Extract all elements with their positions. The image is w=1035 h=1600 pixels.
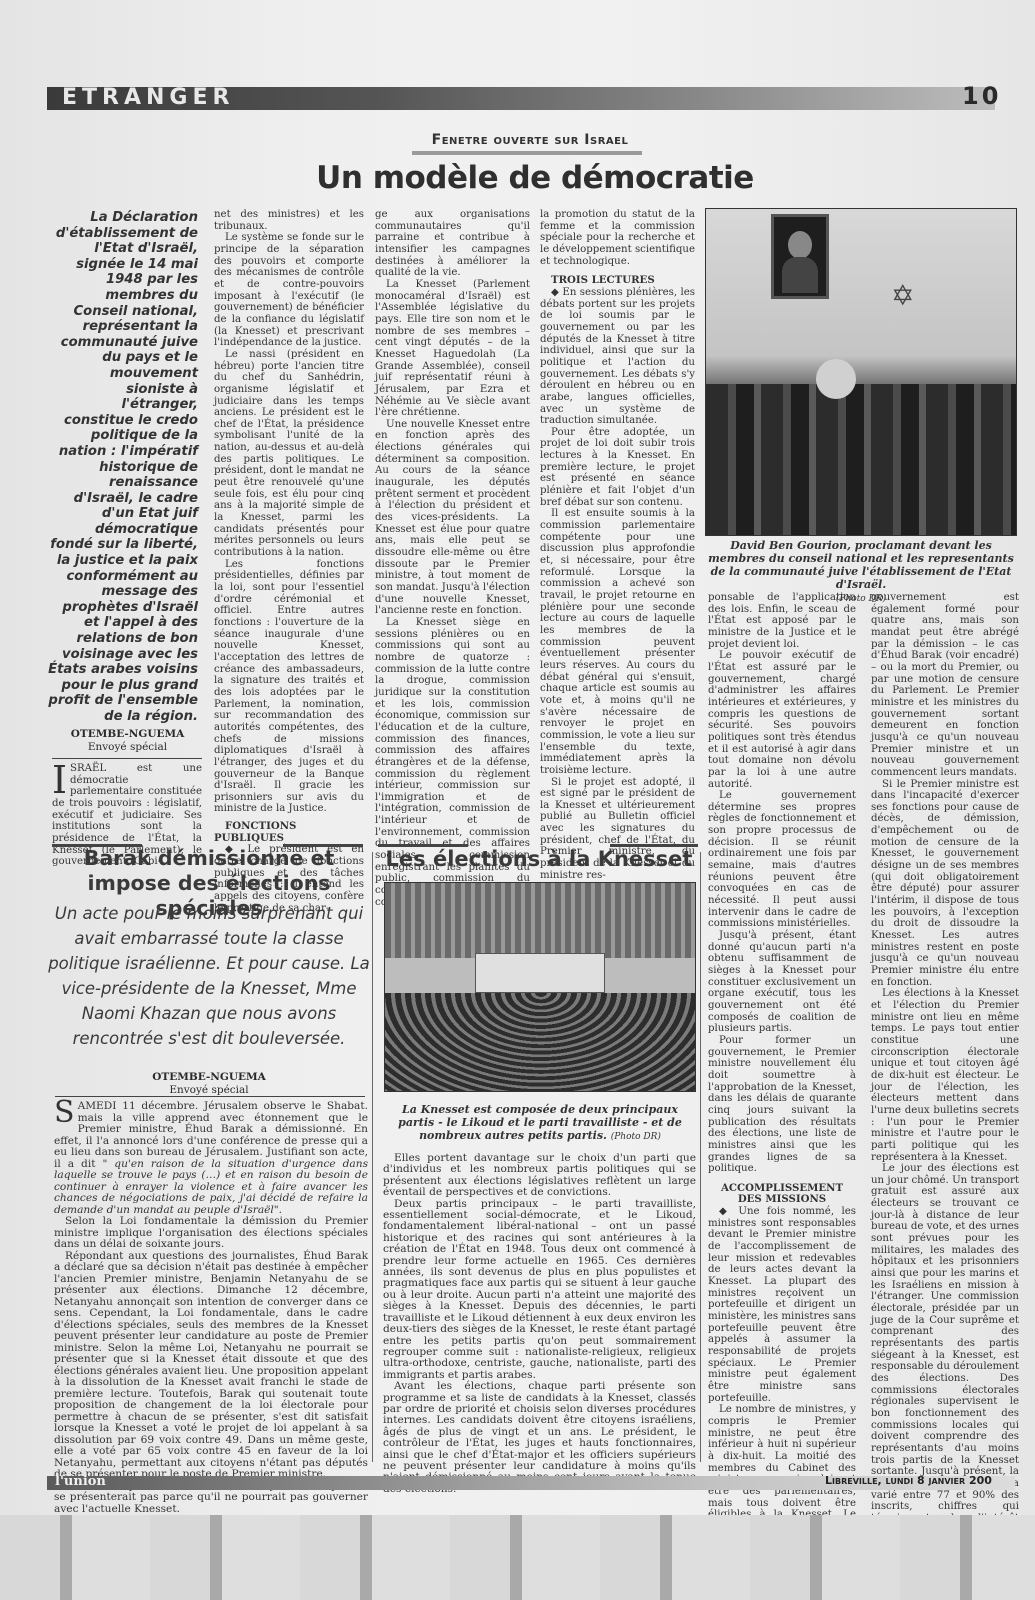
- paragraph: la promotion du statut de la femme et la…: [540, 209, 695, 267]
- paragraph: Le système se fonde sur le principe de l…: [214, 232, 364, 349]
- paragraph: Jusqu'à présent, étant donné qu'aucun pa…: [708, 930, 856, 1035]
- article-kicker: Fenetre ouverte sur Israel: [380, 132, 680, 148]
- drop-cap: I: [52, 763, 67, 797]
- newspaper-page: ETRANGER 10 Fenetre ouverte sur Israel U…: [0, 0, 1035, 1600]
- article-lead: La Déclaration d'établissement de l'Etat…: [48, 210, 198, 725]
- page-number: 10: [962, 82, 1001, 110]
- portrait-frame: [771, 214, 829, 299]
- paragraph: gouvernement est également formé pour qu…: [871, 592, 1019, 779]
- photo-knesset-chamber: [384, 882, 696, 1092]
- drop-cap: S: [54, 1101, 75, 1125]
- column-3: ge aux organisations communautaires qu'i…: [375, 209, 530, 908]
- barak-deck: Un acte pour le moins surprenant qui ava…: [48, 901, 370, 1051]
- kicker-underline: [412, 151, 642, 155]
- paragraph: Deux partis principaux – le parti travai…: [383, 1199, 696, 1382]
- paragraph: Pour être adoptée, un projet de loi doit…: [540, 427, 695, 509]
- subheading: ACCOMPLISSEMENT DES MISSIONS: [708, 1183, 856, 1206]
- column-divider: [700, 852, 701, 1462]
- byline-name: OTEMBE-NGUEMA: [48, 1071, 370, 1084]
- paragraph: ge aux organisations communautaires qu'i…: [375, 209, 530, 279]
- barak-body: SAMEDI 11 décembre. Jérusalem observe le…: [54, 1101, 368, 1515]
- byline-name: OTEMBE-NGUEMA: [55, 728, 200, 741]
- crowd: [706, 384, 1017, 536]
- paragraph: La Knesset (Parlement monocaméral d'Isra…: [375, 279, 530, 419]
- elections-body: Elles portent davantage sur le choix d'u…: [383, 1153, 696, 1495]
- article-headline: Un modèle de démocratie: [300, 160, 770, 196]
- photo-ben-gourion: ✡: [705, 208, 1017, 536]
- paragraph: Les élections à la Knesset et l'élection…: [871, 988, 1019, 1163]
- photo-credit: (Photo DR): [611, 1132, 661, 1142]
- paragraph: ◆ Une fois nommé, les ministres sont res…: [708, 1206, 856, 1404]
- subheading: TROIS LECTURES: [540, 275, 695, 287]
- paragraph: ◆ En sessions plénières, les débats port…: [540, 287, 695, 427]
- byline-rule: [52, 758, 202, 759]
- paragraph: Il est ensuite soumis à la commission pa…: [540, 508, 695, 776]
- scan-background: [0, 1515, 1035, 1600]
- column-6: gouvernement est également formé pour qu…: [871, 592, 1019, 1571]
- byline-rule: [55, 1096, 365, 1097]
- paragraph: Le nassi (président en hébreu) porte l'a…: [214, 349, 364, 559]
- paragraph: Le gouvernement détermine ses propres rè…: [708, 790, 856, 930]
- subheading: FONCTIONS PUBLIQUES: [214, 821, 364, 844]
- barak-byline: OTEMBE-NGUEMA Envoyé spécial: [48, 1071, 370, 1097]
- paragraph: ponsable de l'application des lois. Enfi…: [708, 592, 856, 650]
- paragraph: Si le Premier ministre est dans l'incapa…: [871, 779, 1019, 989]
- speaker: [816, 359, 856, 399]
- paragraph: Répondant aux questions des journalistes…: [54, 1251, 368, 1481]
- section-label: ETRANGER: [62, 85, 234, 110]
- elections-headline: Les élections à la Knesset: [380, 846, 698, 872]
- paragraph: Le jour des élections est un jour chômé.…: [871, 1163, 1019, 1571]
- paragraph: Elles portent davantage sur le choix d'u…: [383, 1153, 696, 1199]
- column-2: net des ministres) et les tribunaux. Le …: [214, 209, 364, 914]
- paragraph: Une nouvelle Knesset entre en fonction a…: [375, 419, 530, 617]
- byline: OTEMBE-NGUEMA Envoyé spécial: [55, 728, 200, 754]
- byline-role: Envoyé spécial: [169, 1084, 248, 1096]
- column-divider: [372, 852, 373, 1462]
- star-of-david-icon: ✡: [891, 279, 914, 312]
- byline-role: Envoyé spécial: [88, 741, 167, 753]
- newspaper-logo: l'union: [55, 1474, 106, 1489]
- paragraph: net des ministres) et les tribunaux.: [214, 209, 364, 232]
- column-4: la promotion du statut de la femme et la…: [540, 209, 695, 881]
- paragraph: Le pouvoir exécutif de l'État est assuré…: [708, 650, 856, 790]
- column-5: ponsable de l'application des lois. Enfi…: [708, 592, 856, 1600]
- dateline: Libreville, lundi 8 janvier 200: [825, 1474, 992, 1487]
- paragraph: Selon la Loi fondamentale la démission d…: [54, 1216, 368, 1251]
- paragraph: Pour former un gouvernement, le Premier …: [708, 1035, 856, 1175]
- paragraph: Les fonctions présidentielles, définies …: [214, 559, 364, 815]
- elections-photo-caption: La Knesset est composée de deux principa…: [384, 1103, 696, 1144]
